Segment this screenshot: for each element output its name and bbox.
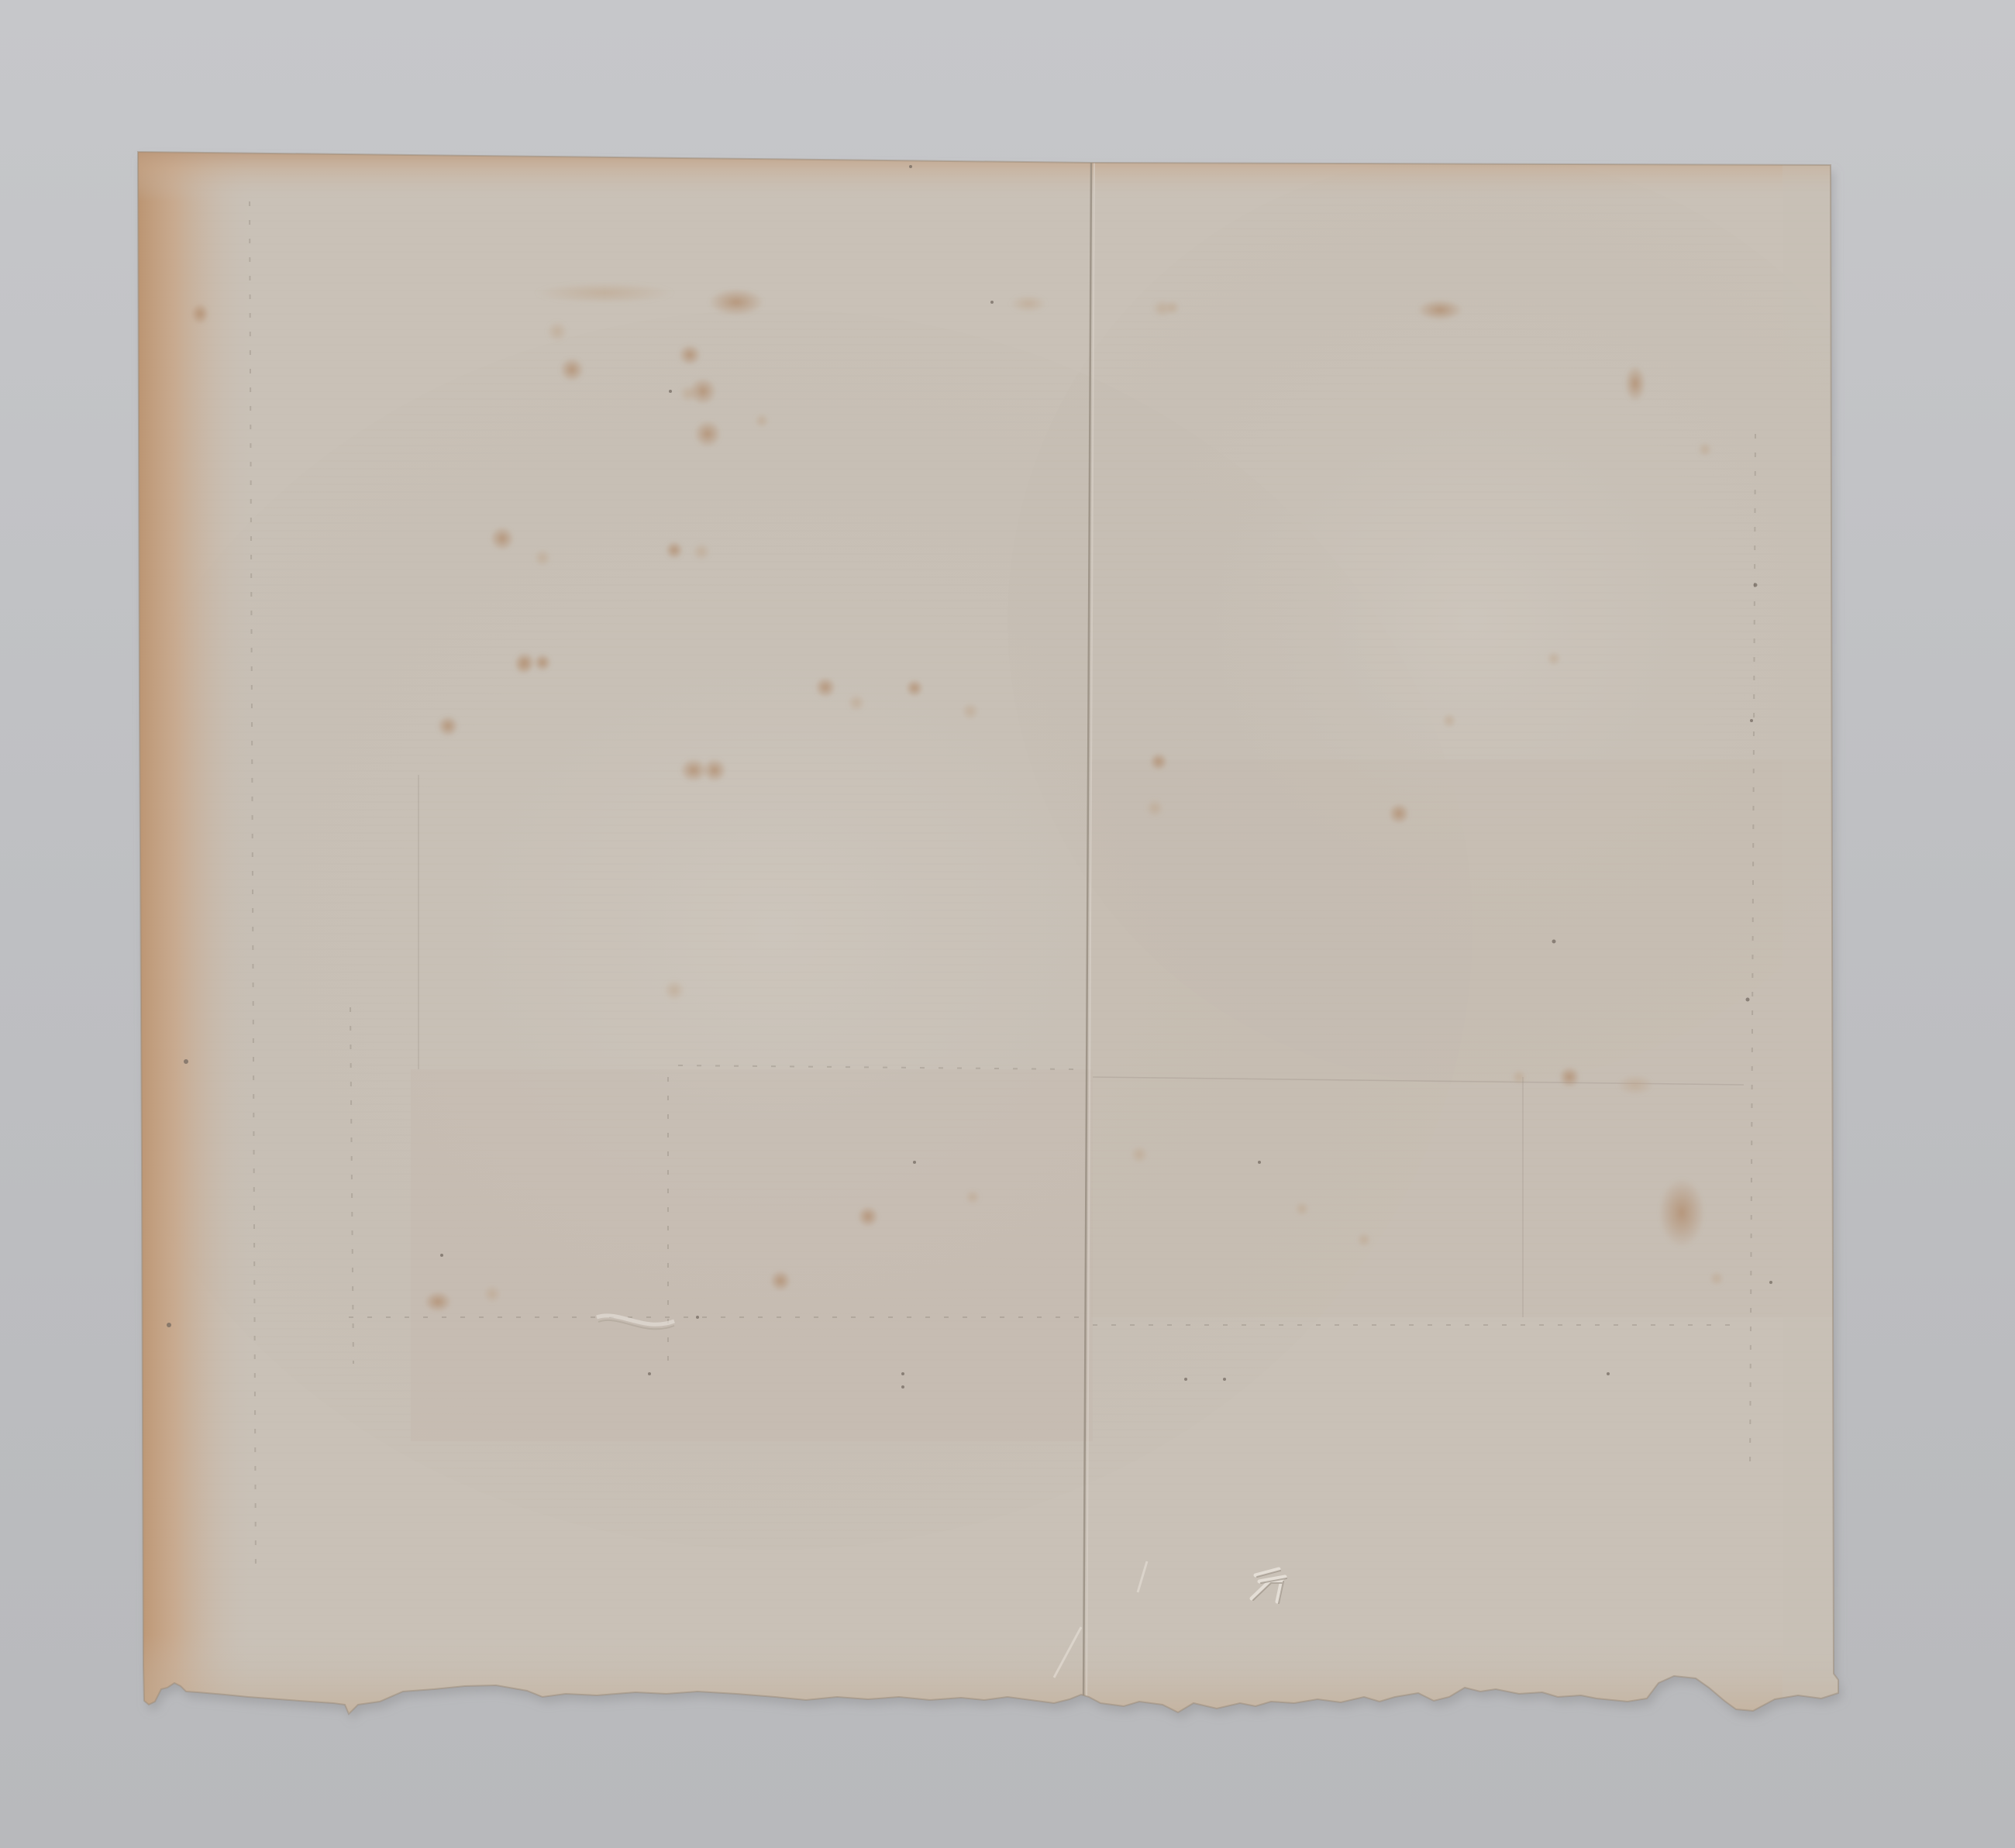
photo-scene: Verso (back) of an antique paper print s…	[0, 0, 2015, 1848]
paper-sheet-illustration	[0, 0, 2015, 1848]
paper-sheet	[77, 147, 1937, 1720]
